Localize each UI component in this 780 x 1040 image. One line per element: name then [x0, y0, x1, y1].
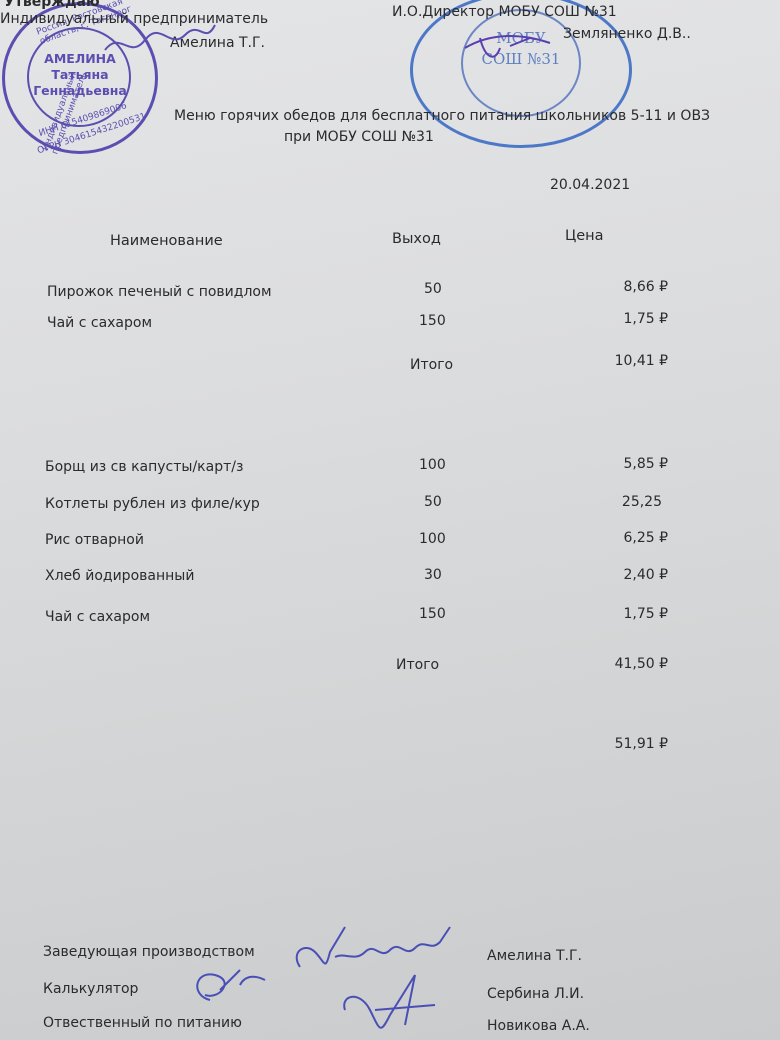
right-name: Земляненко Д.В.. [563, 26, 691, 42]
item-name: Рис отварной [45, 532, 144, 548]
header-price: Цена [565, 228, 604, 244]
subtotal-label: Итого [396, 657, 439, 673]
item-output: 50 [424, 494, 442, 510]
item-name: Пирожок печеный с повидлом [47, 284, 272, 300]
header-name: Наименование [110, 233, 223, 249]
item-price: 25,25 [622, 494, 662, 510]
approve-label: Утверждаю [4, 0, 100, 10]
header-output: Выход [392, 231, 441, 247]
item-price: 1,75 ₽ [623, 606, 668, 622]
item-output: 150 [419, 313, 446, 329]
item-name: Борщ из св капусты/карт/з [45, 459, 243, 475]
right-position: И.О.Директор МОБУ СОШ №31 [392, 4, 617, 20]
signature-role: Заведующая производством [43, 944, 255, 960]
subtotal-label: Итого [410, 357, 453, 373]
signature-name: Сербина Л.И. [487, 986, 584, 1002]
title-line-2: при МОБУ СОШ №31 [284, 129, 434, 145]
document-date: 20.04.2021 [550, 177, 630, 193]
title-line-1: Меню горячих обедов для бесплатного пита… [174, 108, 710, 124]
item-output: 50 [424, 281, 442, 297]
item-price: 1,75 ₽ [623, 311, 668, 327]
stamp-right: МОБУ СОШ №31 [410, 0, 632, 148]
item-price: 8,66 ₽ [623, 279, 668, 295]
subtotal-value: 41,50 ₽ [615, 656, 668, 672]
item-name: Котлеты рублен из филе/кур [45, 496, 260, 512]
item-output: 150 [419, 606, 446, 622]
item-price: 6,25 ₽ [623, 530, 668, 546]
signature-role: Отвественный по питанию [43, 1015, 242, 1031]
signature-name: Новикова А.А. [487, 1018, 590, 1034]
signature-role: Калькулятор [43, 981, 138, 997]
item-output: 30 [424, 567, 442, 583]
signature-right-icon [460, 28, 570, 68]
grand-total: 51,91 ₽ [615, 736, 668, 752]
item-name: Хлеб йодированный [45, 568, 194, 584]
signature-name: Амелина Т.Г. [487, 948, 582, 964]
item-price: 5,85 ₽ [623, 456, 668, 472]
item-name: Чай с сахаром [45, 609, 150, 625]
item-price: 2,40 ₽ [623, 567, 668, 583]
signature-calculator-icon [185, 960, 275, 1010]
signature-responsible-icon [335, 970, 445, 1040]
item-output: 100 [419, 457, 446, 473]
signature-left-icon [100, 20, 220, 70]
subtotal-value: 10,41 ₽ [615, 353, 668, 369]
item-name: Чай с сахаром [47, 315, 152, 331]
stamp-left-name-3: Геннадьевна [5, 83, 155, 98]
item-output: 100 [419, 531, 446, 547]
